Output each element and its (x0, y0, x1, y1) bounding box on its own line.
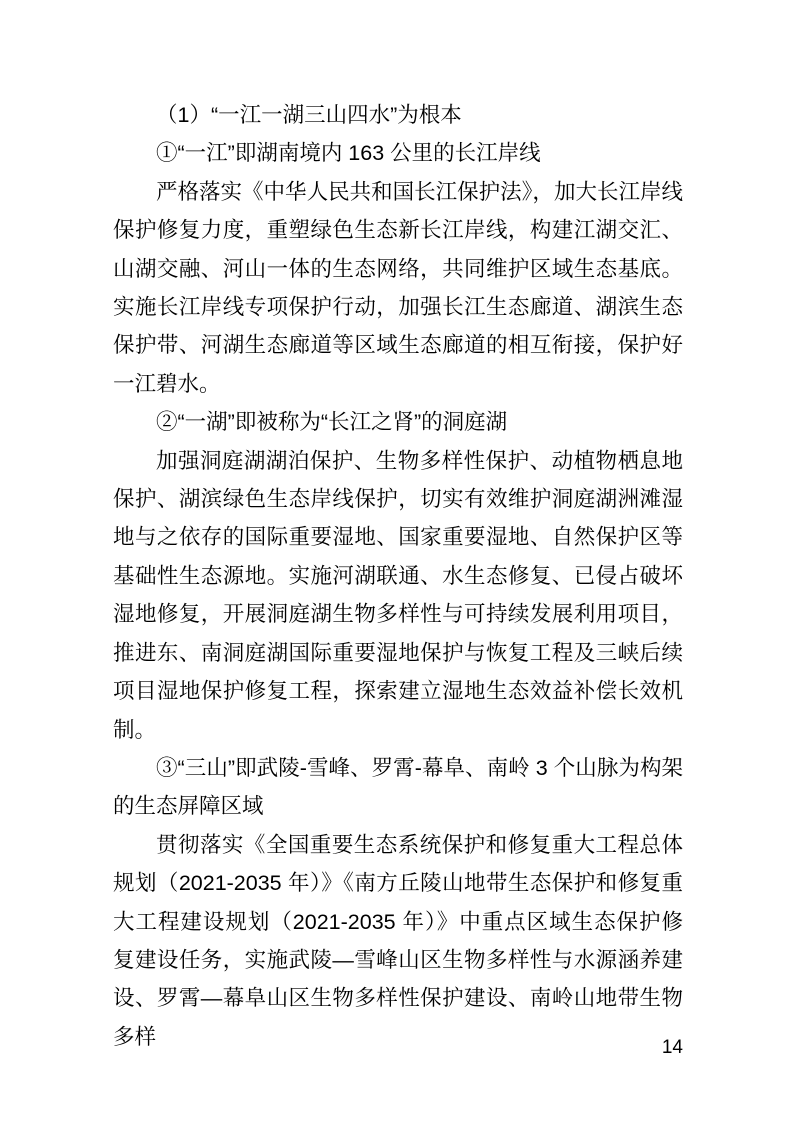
body-paragraph-three-mountains: 贯彻落实《全国重要生态系统保护和修复重大工程总体规划（2021-2035 年）》… (113, 826, 683, 1056)
document-page: （1）“一江一湖三山四水”为根本 ①“一江”即湖南境内 163 公里的长江岸线 … (0, 0, 793, 1122)
body-paragraph-one-river: 严格落实《中华人民共和国长江保护法》，加大长江岸线保护修复力度，重塑绿色生态新长… (113, 173, 683, 403)
sub-heading-one-river: ①“一江”即湖南境内 163 公里的长江岸线 (113, 134, 683, 172)
list-heading-1: （1）“一江一湖三山四水”为根本 (113, 96, 683, 134)
sub-heading-three-mountains: ③“三山”即武陵-雪峰、罗霄-幕阜、南岭 3 个山脉为构架的生态屏障区域 (113, 749, 683, 826)
document-body: （1）“一江一湖三山四水”为根本 ①“一江”即湖南境内 163 公里的长江岸线 … (113, 0, 683, 1056)
body-paragraph-one-lake: 加强洞庭湖湖泊保护、生物多样性保护、动植物栖息地保护、湖滨绿色生态岸线保护，切实… (113, 442, 683, 749)
sub-heading-one-lake: ②“一湖”即被称为“长江之肾”的洞庭湖 (113, 403, 683, 441)
page-footer: 14 (113, 1036, 683, 1060)
page-number: 14 (662, 1037, 683, 1058)
